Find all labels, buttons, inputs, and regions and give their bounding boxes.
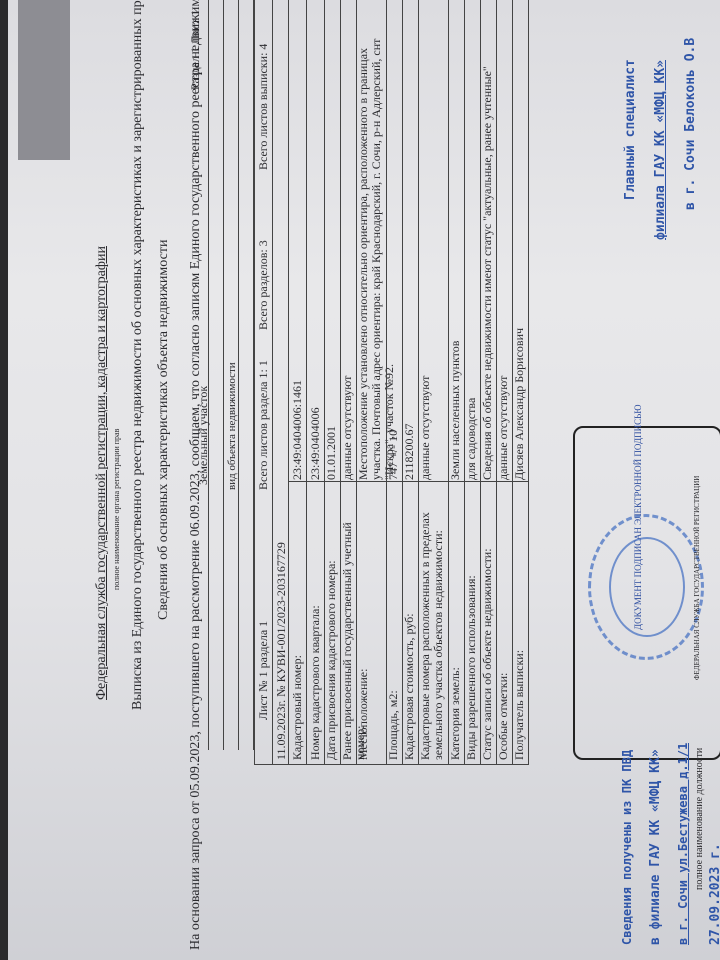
- row-label: Кадастровая стоимость, руб:: [403, 490, 416, 760]
- official-seal: [588, 514, 704, 660]
- ecp-title: ДОКУМЕНТ ПОДПИСАН ЭЛЕКТРОННОЙ ПОДПИСЬЮ: [633, 404, 643, 630]
- extract-number: 11.09.2023г. № КУВИ-001/2023-203167729: [274, 542, 289, 760]
- org-name: Федеральная служба государственной регис…: [94, 246, 110, 700]
- object-type: Земельный участок: [196, 386, 211, 485]
- rule: [238, 0, 239, 750]
- row-label: Статус записи об объекте недвижимости:: [481, 490, 494, 760]
- row-label: Дата присвоения кадастрового номера:: [325, 490, 338, 760]
- stamp-line-1: Сведения получены из ПК ПВД: [620, 750, 634, 945]
- row-value: данные отсутствуют: [497, 5, 510, 480]
- table-row: Кадастровая стоимость, руб:2118200.67: [402, 0, 418, 765]
- cadastral-label: Кадастровый номер:: [290, 655, 305, 760]
- stamp-line-3: в г. Сочи ул.Бестужева д.1/1: [676, 743, 690, 945]
- row-value: данные отсутствуют: [341, 5, 354, 480]
- row-value: Сведения об объекте недвижимости имеют с…: [481, 5, 494, 480]
- table-row: Местоположение:Местоположение установлен…: [356, 0, 386, 765]
- rule: [223, 0, 224, 750]
- rule: [288, 0, 289, 765]
- document-subtitle: Сведения об основных характеристиках объ…: [156, 240, 172, 620]
- table-row: Получатель выписки:Дисяев Александр Бори…: [512, 0, 528, 765]
- table-border: [254, 764, 528, 765]
- row-label: Категория земель:: [449, 490, 462, 760]
- row-value: для садоводства: [465, 5, 478, 480]
- row-value: 23:49:0404006: [309, 5, 322, 480]
- table-row: Кадастровые номера расположенных в преде…: [418, 0, 448, 765]
- position-caption: полное наименование должности: [694, 748, 705, 890]
- row-value: 747 +/- 10: [387, 5, 400, 480]
- row-label: Виды разрешенного использования:: [465, 490, 478, 760]
- ecp-owner: ФЕДЕРАЛЬНАЯ СЛУЖБА ГОСУДАРСТВЕННОЙ РЕГИС…: [693, 476, 701, 680]
- rule: [208, 0, 209, 750]
- rule: [254, 0, 255, 765]
- signer-name: в г. Сочи Белоконь О.В: [683, 38, 698, 210]
- stamp-date: 27.09.2023 г.: [708, 843, 720, 945]
- document-title: Выписка из Единого государственного реес…: [130, 0, 146, 710]
- signer-title: Главный специалист: [623, 59, 638, 200]
- signer-branch: филиала ГАУ КК «МФЦ КК»: [653, 60, 668, 240]
- row-value: Дисяев Александр Борисович: [513, 5, 526, 480]
- row-label: Местоположение:: [357, 490, 370, 760]
- rule: [528, 0, 529, 765]
- table-row: Ранее присвоенный государственный учетны…: [340, 0, 356, 765]
- table-row: Номер кадастрового квартала:23:49:040400…: [308, 0, 324, 765]
- row-label: Номер кадастрового квартала:: [309, 490, 322, 760]
- table-row: Особые отметки:данные отсутствуют: [496, 0, 512, 765]
- row-value: 2118200.67: [403, 5, 416, 480]
- sections-total: Всего разделов: 3: [256, 240, 271, 330]
- row-label: Получатель выписки:: [513, 490, 526, 760]
- redacted-area: [18, 0, 70, 160]
- sheets-in-section: Всего листов раздела 1: 1: [256, 360, 271, 490]
- row-value: Земли населенных пунктов: [449, 5, 462, 480]
- object-type-caption: вид объекта недвижимости: [226, 362, 238, 490]
- table-row: Статус записи об объекте недвижимости:Св…: [480, 0, 496, 765]
- sheets-total: Всего листов выписки: 4: [256, 44, 271, 170]
- stamp-line-2: в филиале ГАУ КК «МФЦ КК»: [648, 749, 663, 945]
- table-row: Категория земель:Земли населенных пункто…: [448, 0, 464, 765]
- column-divider: [288, 481, 528, 482]
- table-row: Площадь, м2:747 +/- 10: [386, 0, 402, 765]
- row-label: Особые отметки:: [497, 490, 510, 760]
- table-row: Виды разрешенного использования:для садо…: [464, 0, 480, 765]
- row-label: Кадастровые номера расположенных в преде…: [419, 490, 445, 760]
- document-page: Федеральная служба государственной регис…: [8, 0, 720, 960]
- rule: [272, 0, 273, 765]
- row-label: Площадь, м2:: [387, 490, 400, 760]
- section-label: Раздел 1 Лист 1: [188, 10, 203, 90]
- cadastral-number: 23:49:0404006:1461: [290, 380, 305, 480]
- row-value: данные отсутствуют: [419, 5, 432, 480]
- table-row: Дата присвоения кадастрового номера:01.0…: [324, 0, 340, 765]
- org-caption: полное наименование органа регистрации п…: [112, 429, 121, 590]
- photo-edge: [0, 0, 8, 960]
- sheet-number: Лист № 1 раздела 1: [256, 621, 271, 720]
- rule: [306, 0, 307, 765]
- row-value: 01.01.2001: [325, 5, 338, 480]
